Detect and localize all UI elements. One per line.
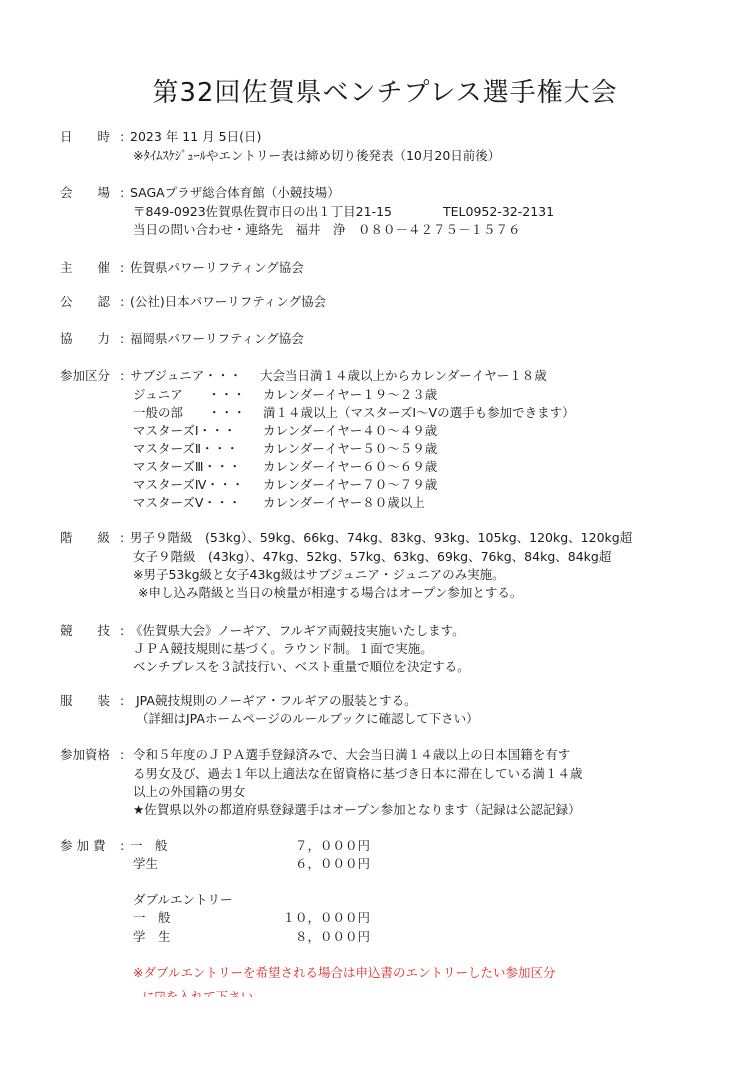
double-entry-note: ※ダブルエントリーを希望される場合は申込書のエントリーしたい参加区分 xyxy=(133,964,555,982)
cooperation-row: 協 力:福岡県パワーリフティング協会 xyxy=(60,330,304,348)
fee-amount-value: ８，０００円 xyxy=(230,928,370,946)
eligibility-row: 参加資格:令和５年度のＪＰＡ選手登録済みで、大会当日満１４歳以上の日本国籍を有す xyxy=(60,746,570,764)
fees-label: 参 加 費 xyxy=(60,837,120,855)
category-desc: カレンダーイヤー６０～６９歳 xyxy=(263,459,437,474)
date-row: 日 時:2023 年 11 月 5日(日) xyxy=(60,128,261,146)
category-item: マスターズⅢ・・・カレンダーイヤー６０～６９歳 xyxy=(133,458,437,476)
category-item: ジュニア ・・・カレンダーイヤー１９～２３歳 xyxy=(133,386,437,404)
categories-label: 参加区分 xyxy=(60,367,120,385)
weight-classes-note: ※男子53kg級と女子43kg級はサブジュニア・ジュニアのみ実施。 xyxy=(133,566,505,584)
fee-name: 学生 xyxy=(133,855,158,873)
venue-label: 会 場 xyxy=(60,184,120,202)
eligibility-line: ★佐賀県以外の都道府県登録選手はオープン参加となります（記録は公認記録） xyxy=(133,801,581,819)
categories-row: 参加区分:サブジュニア・・・大会当日満１４歳以上からカレンダーイヤー１８歳 xyxy=(60,367,547,385)
fees-row: 参 加 費:一 般 xyxy=(60,837,168,855)
venue-address: 〒849-0923佐賀県佐賀市日の出１丁目21-15 xyxy=(133,204,392,219)
category-name: マスターズⅢ・・・ xyxy=(133,458,263,476)
attire-row: 服 装:JPA競技規則のノーギア・フルギアの服装とする。 xyxy=(60,692,417,710)
category-desc: カレンダーイヤー７０～７９歳 xyxy=(263,477,437,492)
venue-tel: TEL0952-32-2131 xyxy=(443,203,554,221)
category-name: ジュニア ・・・ xyxy=(133,386,263,404)
attire-label: 服 装 xyxy=(60,692,120,710)
category-name: サブジュニア・・・ xyxy=(130,367,260,385)
fee-name: 学 生 xyxy=(133,928,171,946)
category-item: 一般の部 ・・・満１４歳以上（マスターズⅠ～Ⅴの選手も参加できます） xyxy=(133,404,575,422)
competition-row: 競 技:《佐賀県大会》ノーギア、フルギア両競技実施いたします。 xyxy=(60,622,465,640)
eligibility-line: 以上の外国籍の男女 xyxy=(133,783,246,801)
category-item: マスターズⅠ・・・カレンダーイヤー４０～４９歳 xyxy=(133,422,437,440)
eligibility-line: る男女及び、過去１年以上適法な在留資格に基づき日本に滞在している満１４歳 xyxy=(133,765,583,783)
category-name: マスターズⅠ・・・ xyxy=(133,422,263,440)
fee-amount-value: ６，０００円 xyxy=(230,855,370,873)
organizer-row: 主 催:佐賀県パワーリフティング協会 xyxy=(60,259,304,277)
venue-address-line: 〒849-0923佐賀県佐賀市日の出１丁目21-15 TEL0952-32-21… xyxy=(133,203,392,221)
approval-value: (公社)日本パワーリフティング協会 xyxy=(130,294,326,309)
category-desc: カレンダーイヤー５０～５９歳 xyxy=(263,441,437,456)
venue-contact: 当日の問い合わせ・連絡先 福井 浄 ０８０－４２７５－１５７６ xyxy=(133,221,521,239)
weight-classes-women: 女子９階級 (43kg）、47kg、52kg、57kg、63kg、69kg、76… xyxy=(133,548,611,566)
category-name: マスターズⅣ・・・ xyxy=(133,476,263,494)
eligibility-line: 令和５年度のＪＰＡ選手登録済みで、大会当日満１４歳以上の日本国籍を有す xyxy=(130,747,570,762)
category-name: 一般の部 ・・・ xyxy=(133,404,263,422)
weight-classes-men: 男子９階級 (53kg）、59kg、66kg、74kg、83kg、93kg、10… xyxy=(130,530,632,545)
cooperation-value: 福岡県パワーリフティング協会 xyxy=(130,331,304,346)
weight-classes-row: 階 級:男子９階級 (53kg）、59kg、66kg、74kg、83kg、93k… xyxy=(60,529,632,547)
venue-row: 会 場:SAGAプラザ総合体育館（小競技場） xyxy=(60,184,340,202)
document-title: 第32回佐賀県ベンチプレス選手権大会 xyxy=(0,72,750,109)
venue-value: SAGAプラザ総合体育館（小競技場） xyxy=(130,185,340,200)
category-desc: カレンダーイヤー１９～２３歳 xyxy=(263,387,437,402)
category-name: マスターズⅤ・・・ xyxy=(133,494,263,512)
organizer-label: 主 催 xyxy=(60,259,120,277)
attire-line: JPA競技規則のノーギア・フルギアの服装とする。 xyxy=(130,693,417,708)
fee-amount-value: ７，０００円 xyxy=(230,837,370,855)
category-desc: 大会当日満１４歳以上からカレンダーイヤー１８歳 xyxy=(260,368,547,383)
category-desc: 満１４歳以上（マスターズⅠ～Ⅴの選手も参加できます） xyxy=(263,405,575,420)
category-item: マスターズⅤ・・・カレンダーイヤー８０歳以上 xyxy=(133,494,425,512)
organizer-value: 佐賀県パワーリフティング協会 xyxy=(130,260,304,275)
double-entry-note-cutoff: に☑を入れて下さい xyxy=(142,988,253,997)
competition-line: 《佐賀県大会》ノーギア、フルギア両競技実施いたします。 xyxy=(130,623,465,638)
category-name: マスターズⅡ・・・ xyxy=(133,440,263,458)
category-desc: カレンダーイヤー４０～４９歳 xyxy=(263,423,437,438)
date-value: 2023 年 11 月 5日(日) xyxy=(130,129,261,144)
attire-line: （詳細はJPAホームページのルールブックに確認して下さい） xyxy=(136,710,479,728)
category-item: マスターズⅣ・・・カレンダーイヤー７０～７９歳 xyxy=(133,476,437,494)
approval-row: 公 認:(公社)日本パワーリフティング協会 xyxy=(60,293,326,311)
competition-line: ベンチプレスを３試技行い、ベスト重量で順位を決定する。 xyxy=(133,658,470,676)
weight-classes-note: ※申し込み階級と当日の検量が相違する場合はオープン参加とする。 xyxy=(138,584,522,602)
fee-name: 一 般 xyxy=(130,838,168,853)
approval-label: 公 認 xyxy=(60,293,120,311)
date-label: 日 時 xyxy=(60,128,120,146)
competition-label: 競 技 xyxy=(60,622,120,640)
eligibility-label: 参加資格 xyxy=(60,746,120,764)
cooperation-label: 協 力 xyxy=(60,330,120,348)
fee-name: 一 般 xyxy=(133,909,171,927)
fee-amount-value: １０，０００円 xyxy=(230,909,370,927)
double-entry-title: ダブルエントリー xyxy=(133,891,233,909)
category-desc: カレンダーイヤー８０歳以上 xyxy=(263,495,425,510)
category-item: マスターズⅡ・・・カレンダーイヤー５０～５９歳 xyxy=(133,440,437,458)
competition-line: ＪＰＡ競技規則に基づく。ラウンド制。１面で実施。 xyxy=(133,640,433,658)
weight-classes-label: 階 級 xyxy=(60,529,120,547)
date-note: ※ﾀｲﾑｽｹｼﾞｭｰﾙやエントリー表は締め切り後発表（10月20日前後） xyxy=(133,147,500,165)
